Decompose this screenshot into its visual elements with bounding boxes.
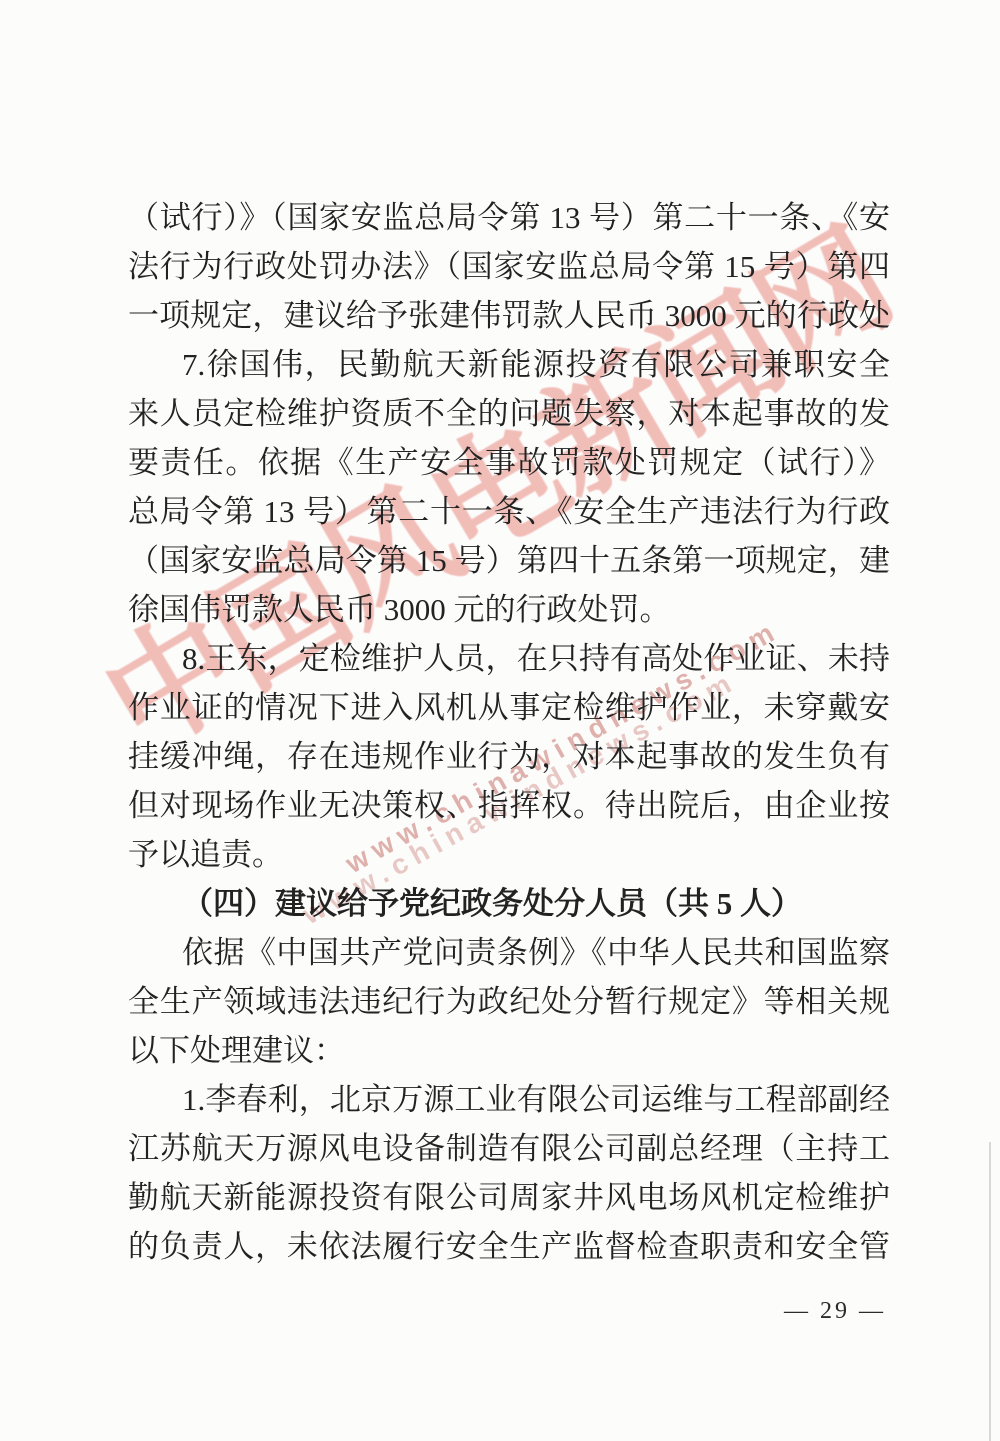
text-line: 作业证的情况下进入风机从事定检维护作业，未穿戴安全带及悬 [128,683,890,732]
text-line: 8.王东，定检维护人员，在只持有高处作业证、未持有电工 [128,634,890,683]
document-body: （试行）》（国家安监总局令第 13 号）第二十一条、《安全生产违法行为行政处罚办… [128,193,890,1271]
document-page: 中国风电新闻网 www.chinawindnews.com www.chinaw… [0,0,1000,1441]
text-line: 徐国伟罚款人民币 3000 元的行政处罚。 [128,585,890,634]
text-line: 全生产领域违法违纪行为政纪处分暂行规定》等相关规定，提出 [128,977,890,1026]
text-line: 7.徐国伟，民勤航天新能源投资有限公司兼职安全员，对外 [128,340,890,389]
text-line: 挂缓冲绳，存在违规作业行为，对本起事故的发生负有一定责任， [128,732,890,781]
scan-edge-line [989,1142,991,1441]
page-number: — 29 — [784,1298,886,1325]
text-line: 1.李春利，北京万源工业有限公司运维与工程部副经理，兼 [128,1075,890,1124]
text-line: 依据《中国共产党问责条例》《中华人民共和国监察法》《安 [128,928,890,977]
text-line: （国家安监总局令第 15 号）第四十五条第一项规定，建议给予 [128,536,890,585]
text-line: 的负责人，未依法履行安全生产监督检查职责和安全管理职责， [128,1222,890,1271]
text-line: （试行）》（国家安监总局令第 13 号）第二十一条、《安全生产违 [128,193,890,242]
text-line: 予以追责。 [128,830,890,879]
text-line: 以下处理建议： [128,1026,890,1075]
text-line: 勤航天新能源投资有限公司周家井风电场风机定检维护受托方 [128,1173,890,1222]
text-line: 总局令第 13 号）第二十一条、《安全生产违法行为行政处罚办法》 [128,487,890,536]
text-line: 要责任。依据《生产安全事故罚款处罚规定（试行）》（国家安监 [128,438,890,487]
text-line: 江苏航天万源风电设备制造有限公司副总经理（主持工作），民 [128,1124,890,1173]
text-line: （四）建议给予党纪政务处分人员（共 5 人） [128,879,890,928]
text-line: 但对现场作业无决策权、指挥权。待出院后，由企业按有关规定 [128,781,890,830]
text-line: 来人员定检维护资质不全的问题失察，对本起事故的发生负有重 [128,389,890,438]
text-line: 一项规定，建议给予张建伟罚款人民币 3000 元的行政处罚。 [128,291,890,340]
text-line: 法行为行政处罚办法》（国家安监总局令第 15 号）第四十五条第 [128,242,890,291]
